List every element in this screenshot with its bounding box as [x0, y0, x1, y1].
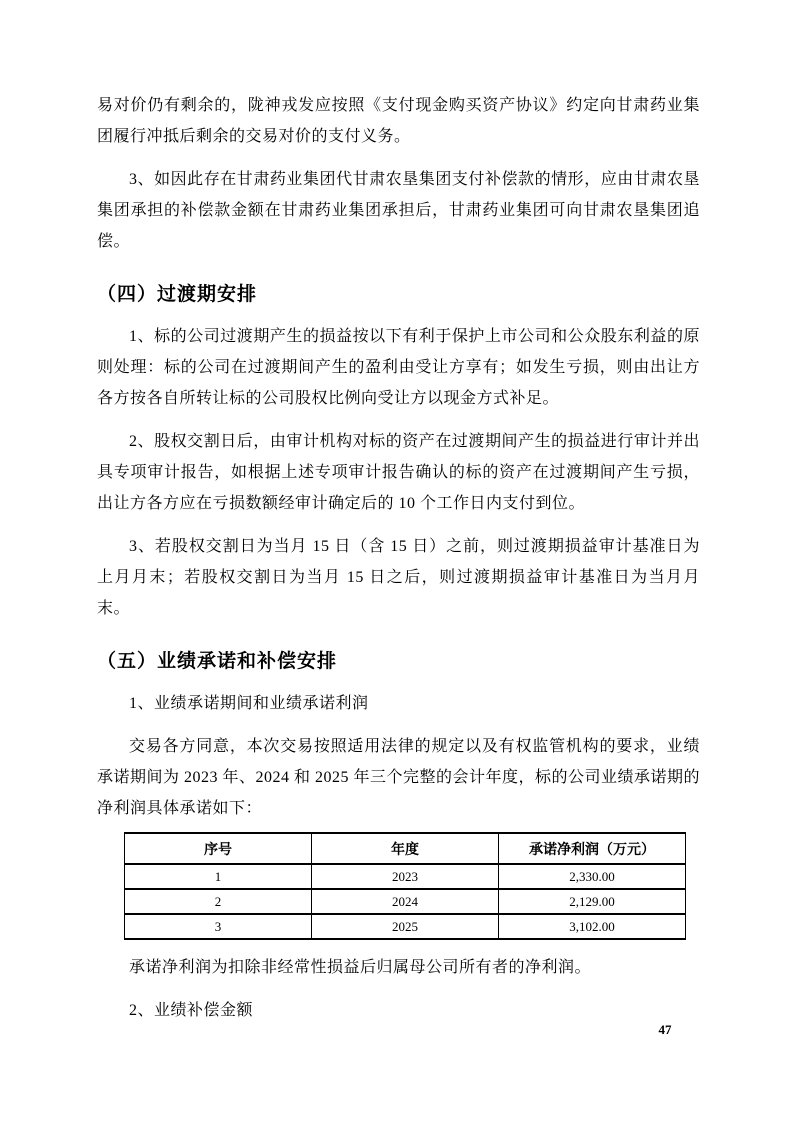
paragraph-transition-2: 2、股权交割日后，由审计机构对标的资产在过渡期间产生的损益进行审计并出具专项审计…: [97, 426, 700, 519]
table-row: 1 2023 2,330.00: [125, 864, 686, 889]
table-header-year: 年度: [312, 833, 499, 864]
cell-committed-profit: 3,102.00: [499, 914, 686, 939]
section-heading-transition-period: （四）过渡期安排: [97, 281, 700, 309]
section-heading-performance-commitment: （五）业绩承诺和补偿安排: [97, 648, 700, 676]
page-content: 易对价仍有剩余的，陇神戎发应按照《支付现金购买资产协议》约定向甘肃药业集团履行冲…: [97, 0, 700, 1026]
paragraph-transition-3: 3、若股权交割日为当月 15 日（含 15 日）之前，则过渡期损益审计基准日为上…: [97, 531, 700, 624]
cell-year: 2024: [312, 889, 499, 914]
table-row: 2 2024 2,129.00: [125, 889, 686, 914]
paragraph-commitment-intro: 交易各方同意，本次交易按照适用法律的规定以及有权监管机构的要求，业绩承诺期间为 …: [97, 731, 700, 824]
cell-year: 2023: [312, 864, 499, 889]
paragraph-item-3-compensation: 3、如因此存在甘肃药业集团代甘肃农垦集团支付补偿款的情形，应由甘肃农垦集团承担的…: [97, 164, 700, 257]
table-row: 3 2025 3,102.00: [125, 914, 686, 939]
sub-heading-compensation-amount: 2、业绩补偿金额: [97, 995, 700, 1026]
table-header-index: 序号: [125, 833, 312, 864]
paragraph-profit-definition-note: 承诺净利润为扣除非经常性损益后归属母公司所有者的净利润。: [97, 952, 700, 983]
paragraph-transition-1: 1、标的公司过渡期产生的损益按以下有利于保护上市公司和公众股东利益的原则处理：标…: [97, 321, 700, 414]
cell-committed-profit: 2,129.00: [499, 889, 686, 914]
page-number: 47: [650, 1022, 680, 1038]
document-page: 易对价仍有剩余的，陇神戎发应按照《支付现金购买资产协议》约定向甘肃药业集团履行冲…: [0, 0, 793, 1122]
net-profit-commitment-table: 序号 年度 承诺净利润（万元） 1 2023 2,330.00 2 2024 2…: [124, 832, 686, 940]
cell-index: 3: [125, 914, 312, 939]
sub-heading-commitment-period: 1、业绩承诺期间和业绩承诺利润: [97, 688, 700, 719]
paragraph-carryover: 易对价仍有剩余的，陇神戎发应按照《支付现金购买资产协议》约定向甘肃药业集团履行冲…: [97, 90, 700, 152]
cell-index: 1: [125, 864, 312, 889]
cell-committed-profit: 2,330.00: [499, 864, 686, 889]
table-header-committed-profit: 承诺净利润（万元）: [499, 833, 686, 864]
table-header-row: 序号 年度 承诺净利润（万元）: [125, 833, 686, 864]
cell-index: 2: [125, 889, 312, 914]
cell-year: 2025: [312, 914, 499, 939]
